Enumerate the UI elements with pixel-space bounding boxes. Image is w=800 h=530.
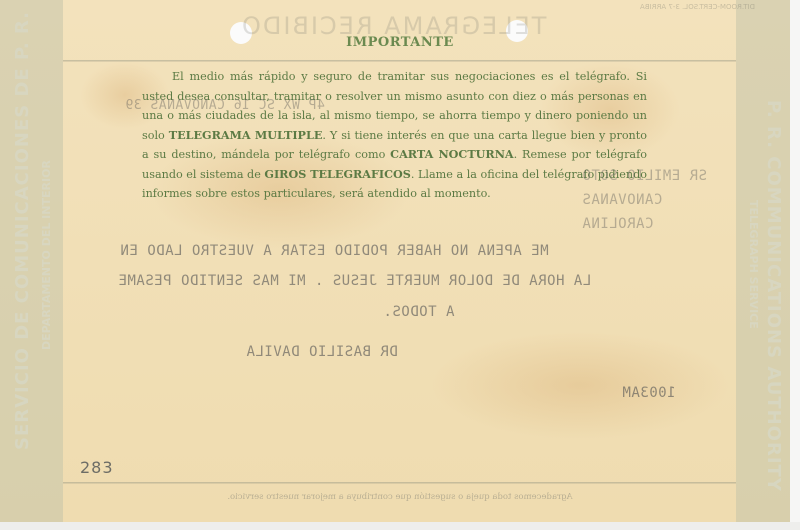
- mirrored-message-line: LA HORA DE DOLOR MUERTE JESUS . MI MAS S…: [118, 273, 591, 289]
- emphasis-carta-nocturna: CARTA NOCTURNA: [390, 147, 513, 161]
- handwritten-number: 283: [80, 458, 114, 477]
- scan-background-right: [790, 0, 800, 530]
- water-stain: [430, 330, 730, 440]
- top-rule: [63, 60, 736, 62]
- left-band-text: SERVICIO DE COMUNICACIONES DE P. R.: [12, 11, 33, 450]
- emphasis-telegrama-multiple: TELEGRAMA MULTIPLE: [169, 128, 323, 142]
- mirrored-signature: DR BASILIO DAVILA: [246, 344, 398, 360]
- right-band-subtext: TELEGRAPH SERVICE: [747, 200, 760, 329]
- mirrored-address-line: SR EMILIO SOTO: [582, 168, 707, 184]
- instructions-paragraph: El medio más rápido y seguro de tramitar…: [142, 67, 647, 204]
- bleed-through-top-small: DIT.ROOM-CERT.SOL. 3-7 ARRIBA: [640, 3, 755, 11]
- mirrored-time: 1003AM: [622, 385, 676, 401]
- scan-background-bottom: [0, 522, 800, 530]
- bleed-through-footer: Agradecemos toda queja o sugestión que c…: [180, 492, 620, 502]
- mirrored-message-line: A TODOS.: [383, 304, 454, 320]
- telegram-form: SERVICIO DE COMUNICACIONES DE P. R. DEPA…: [0, 0, 790, 522]
- bottom-rule: [63, 482, 736, 484]
- mirrored-message-line: ME APENA NO HABER PODIDO ESTAR A VUESTRO…: [120, 243, 549, 259]
- left-band-subtext: DEPARTAMENTO DEL INTERIOR: [40, 160, 53, 350]
- document-title: IMPORTANTE: [0, 35, 790, 50]
- right-band-text: P. R. COMMUNICATIONS AUTHORITY: [763, 100, 784, 492]
- emphasis-giros-telegraficos: GIROS TELEGRAFICOS: [264, 167, 411, 181]
- mirrored-date-ghost: 4P WX SC 16 CANOVANAS 39: [125, 98, 325, 113]
- mirrored-address-line: CANOVANAS: [582, 192, 662, 208]
- mirrored-address-line: CAROLINA: [582, 216, 653, 232]
